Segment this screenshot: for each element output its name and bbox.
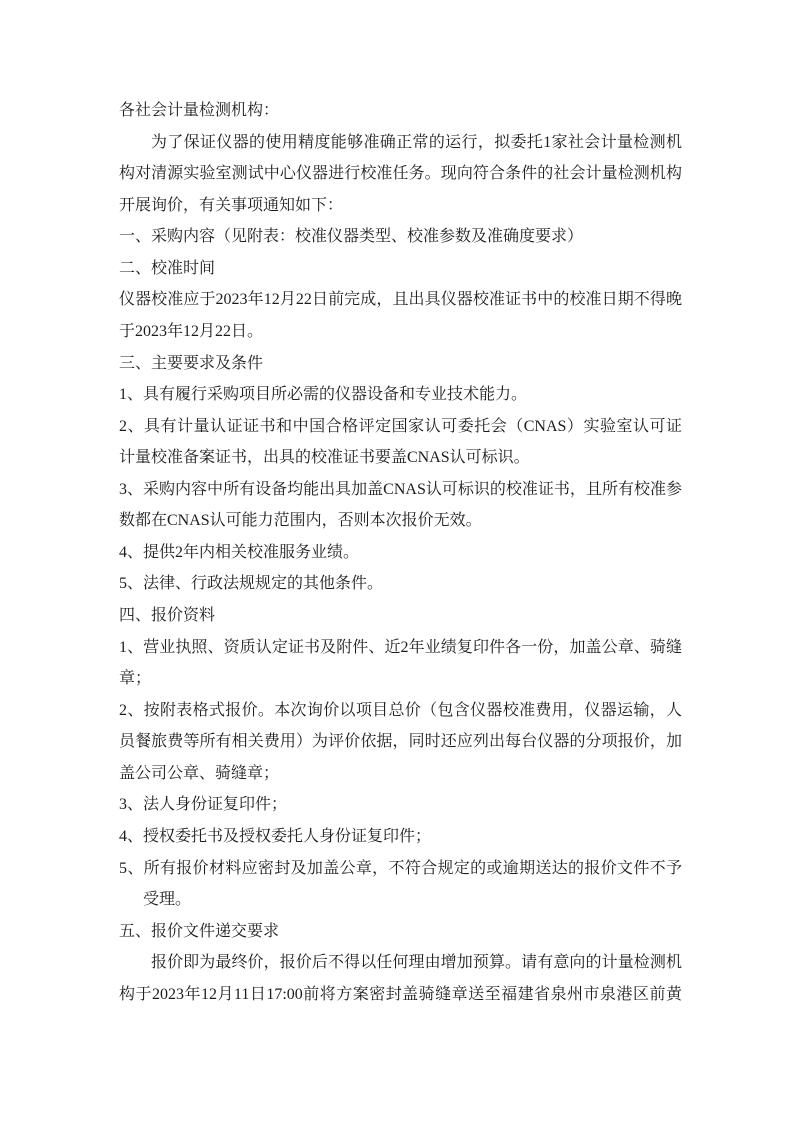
text-line: 为了保证仪器的使用精度能够准确正常的运行，拟委托1家社会计量检测机 (119, 127, 682, 159)
text-line: 员餐旅费等所有相关费用）为评价依据，同时还应列出每台仪器的分项报价，加 (119, 726, 682, 758)
text-line: 2、按附表格式报价。本次询价以项目总价（包含仪器校准费用，仪器运输，人 (119, 695, 682, 727)
text-line: 五、报价文件递交要求 (119, 916, 682, 948)
text-line: 开展询价，有关事项通知如下： (119, 190, 682, 222)
text-line: 2、具有计量认证证书和中国合格评定国家认可委托会（CNAS）实验室认可证书、 (119, 411, 682, 443)
text-line: 受理。 (119, 884, 682, 916)
text-line: 计量校准备案证书，出具的校准证书要盖CNAS认可标识。 (119, 442, 682, 474)
text-line: 四、报价资料 (119, 600, 682, 632)
text-line: 3、法人身份证复印件； (119, 789, 682, 821)
text-line: 1、具有履行采购项目所必需的仪器设备和专业技术能力。 (119, 379, 682, 411)
text-line: 4、提供2年内相关校准服务业绩。 (119, 537, 682, 569)
text-line: 仪器校准应于2023年12月22日前完成，且出具仪器校准证书中的校准日期不得晚 (119, 284, 682, 316)
text-line: 盖公司公章、骑缝章； (119, 758, 682, 790)
text-line: 报价即为最终价，报价后不得以任何理由增加预算。请有意向的计量检测机 (119, 947, 682, 979)
text-line: 各社会计量检测机构： (119, 95, 682, 127)
text-line: 4、授权委托书及授权委托人身份证复印件； (119, 821, 682, 853)
text-line: 章； (119, 663, 682, 695)
text-line: 一、采购内容（见附表：校准仪器类型、校准参数及准确度要求） (119, 221, 682, 253)
text-line: 三、主要要求及条件 (119, 348, 682, 380)
document-body: 各社会计量检测机构：为了保证仪器的使用精度能够准确正常的运行，拟委托1家社会计量… (119, 95, 682, 1010)
text-line: 构对清源实验室测试中心仪器进行校准任务。现向符合条件的社会计量检测机构 (119, 158, 682, 190)
text-line: 于2023年12月22日。 (119, 316, 682, 348)
text-line: 构于2023年12月11日17:00前将方案密封盖骑缝章送至福建省泉州市泉港区前… (119, 979, 682, 1011)
text-line: 3、采购内容中所有设备均能出具加盖CNAS认可标识的校准证书，且所有校准参 (119, 474, 682, 506)
text-line: 数都在CNAS认可能力范围内，否则本次报价无效。 (119, 505, 682, 537)
document-page: 各社会计量检测机构：为了保证仪器的使用精度能够准确正常的运行，拟委托1家社会计量… (0, 0, 793, 1122)
text-line: 1、营业执照、资质认定证书及附件、近2年业绩复印件各一份，加盖公章、骑缝 (119, 632, 682, 664)
text-line: 5、法律、行政法规规定的其他条件。 (119, 568, 682, 600)
text-line: 5、所有报价材料应密封及加盖公章，不符合规定的或逾期送达的报价文件不予 (119, 853, 682, 885)
text-line: 二、校准时间 (119, 253, 682, 285)
